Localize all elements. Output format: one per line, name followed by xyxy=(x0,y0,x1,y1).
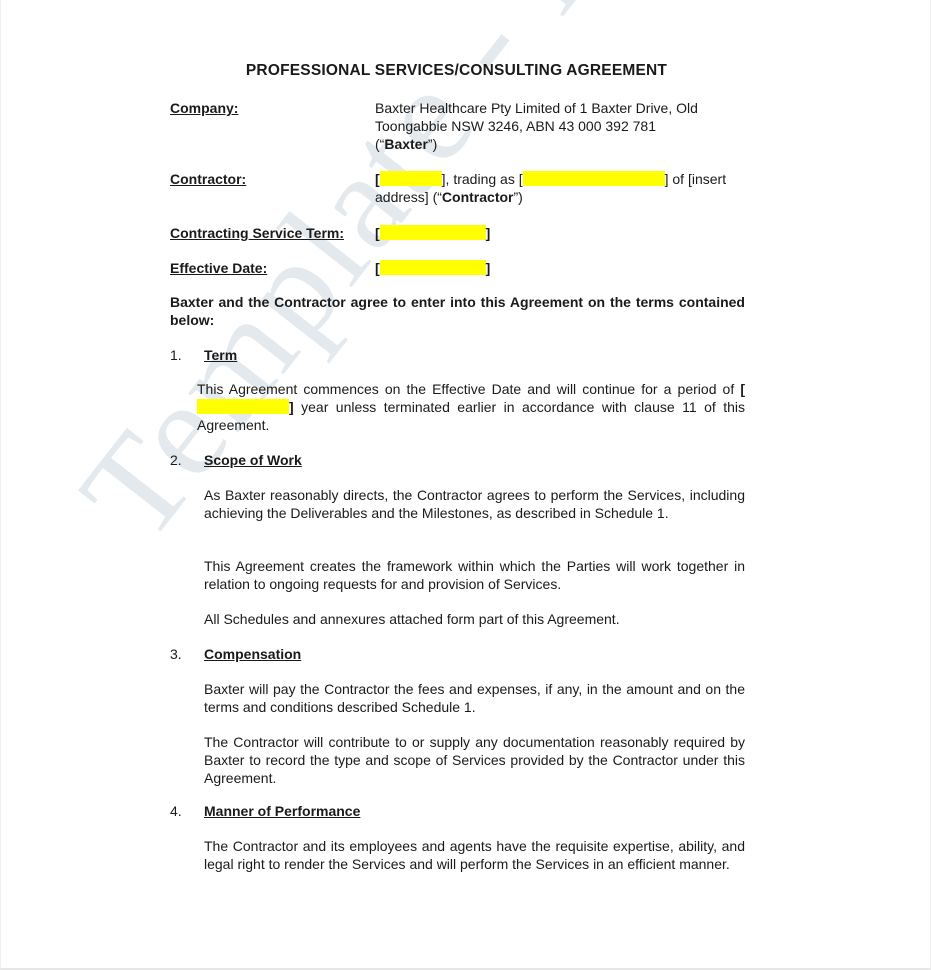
contractor-label: Contractor: xyxy=(170,171,246,187)
section-2-paragraph-2: This Agreement creates the framework wit… xyxy=(204,557,745,593)
intro-paragraph: Baxter and the Contractor agree to enter… xyxy=(170,293,745,329)
section-3-heading: Compensation xyxy=(204,646,301,662)
quote-open: (“ xyxy=(375,136,384,152)
bracket: [ xyxy=(740,381,745,397)
document-page: Template - Draft PROFESSIONAL SERVICES/C… xyxy=(0,0,931,970)
company-line-2: Toongabbie NSW 3246, ABN 43 000 392 781 xyxy=(375,117,745,135)
quote-close: ”) xyxy=(513,189,522,205)
bracket: ] xyxy=(486,225,491,241)
section-1-number: 1. xyxy=(170,347,182,363)
section-2-paragraph-3: All Schedules and annexures attached for… xyxy=(204,610,745,628)
effective-date-field[interactable] xyxy=(380,260,486,275)
company-value: Baxter Healthcare Pty Limited of 1 Baxte… xyxy=(375,99,745,153)
trading-as-text: ], trading as xyxy=(442,171,519,187)
section-3-number: 3. xyxy=(170,646,182,662)
contractor-line-1: [], trading as [] of [insert xyxy=(375,170,745,188)
section-2-paragraph-1: As Baxter reasonably directs, the Contra… xyxy=(204,486,745,522)
address-text: address] (“ xyxy=(375,189,442,205)
section-3-paragraph-1: Baxter will pay the Contractor the fees … xyxy=(204,680,745,716)
section-2-number: 2. xyxy=(170,452,182,468)
term-years-field[interactable] xyxy=(197,399,289,414)
section-4-heading: Manner of Performance xyxy=(204,803,360,819)
effective-date-label: Effective Date: xyxy=(170,260,267,276)
contractor-name-field[interactable] xyxy=(380,171,442,186)
section-1-paragraph: This Agreement commences on the Effectiv… xyxy=(197,380,745,434)
effective-date-value: [] xyxy=(375,259,745,277)
section-4-number: 4. xyxy=(170,803,182,819)
service-term-value: [] xyxy=(375,224,745,242)
company-line-3: (“Baxter”) xyxy=(375,135,745,153)
para-text: This Agreement commences on the Effectiv… xyxy=(197,381,740,397)
defined-term-baxter: Baxter xyxy=(384,136,428,152)
contractor-line-2: address] (“Contractor”) xyxy=(375,188,745,206)
section-3-paragraph-2: The Contractor will contribute to or sup… xyxy=(204,733,745,787)
watermark: Template - Draft xyxy=(48,0,727,568)
document-title: PROFESSIONAL SERVICES/CONSULTING AGREEME… xyxy=(1,62,912,80)
company-line-1: Baxter Healthcare Pty Limited of 1 Baxte… xyxy=(375,99,745,117)
contractor-value: [], trading as [] of [insert address] (“… xyxy=(375,170,745,206)
bracket: ] xyxy=(486,260,491,276)
section-2-heading: Scope of Work xyxy=(204,452,302,468)
quote-close: ”) xyxy=(428,136,437,152)
company-label: Company: xyxy=(170,100,238,116)
section-4-paragraph-1: The Contractor and its employees and age… xyxy=(204,837,745,873)
trading-name-field[interactable] xyxy=(523,171,665,186)
insert-address-text: ] of [insert xyxy=(665,171,726,187)
defined-term-contractor: Contractor xyxy=(442,189,514,205)
service-term-field[interactable] xyxy=(380,225,486,240)
section-1-heading: Term xyxy=(204,347,237,363)
service-term-label: Contracting Service Term: xyxy=(170,225,344,241)
